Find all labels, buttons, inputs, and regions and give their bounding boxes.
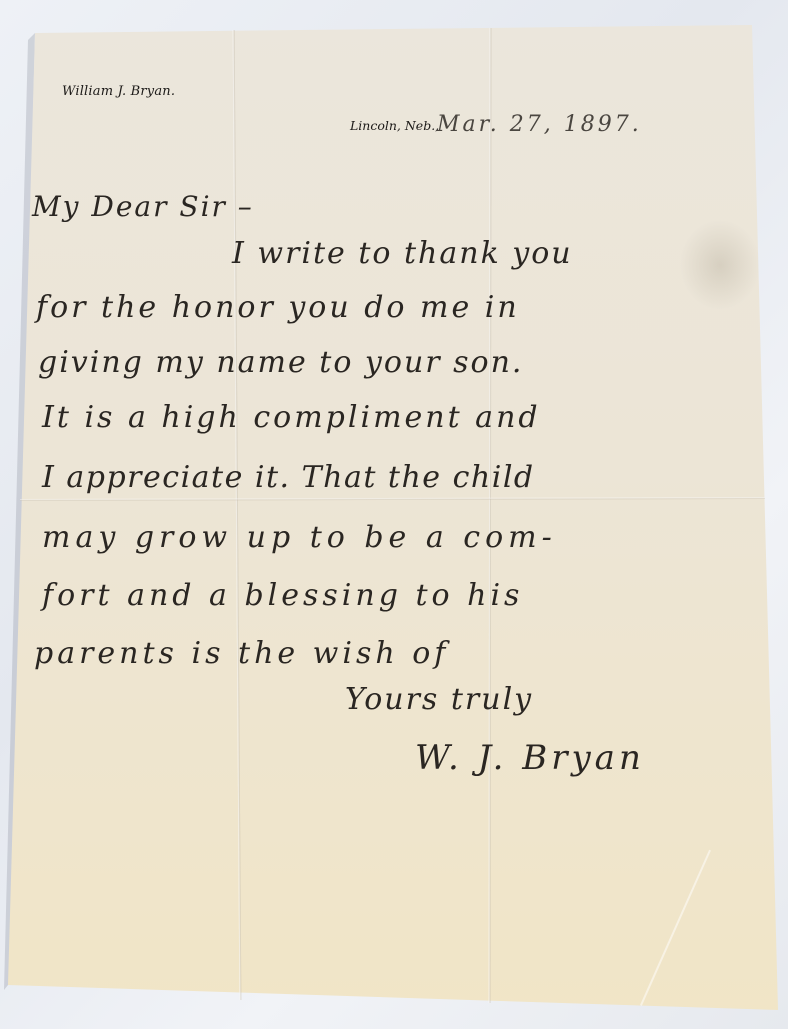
- body-line-2: for the honor you do me in: [36, 290, 520, 325]
- body-line-7: fort and a blessing to his: [42, 578, 523, 613]
- body-line-3: giving my name to your son.: [38, 345, 523, 380]
- paper-stain: [680, 220, 760, 310]
- body-line-6: may grow up to be a com-: [42, 520, 557, 555]
- body-line-4: It is a high compliment and: [42, 400, 541, 435]
- letterhead-name: William J. Bryan.: [62, 84, 175, 99]
- signature: W. J. Bryan: [415, 738, 645, 778]
- body-line-8: parents is the wish of: [34, 636, 449, 671]
- body-line-1: I write to thank you: [232, 236, 573, 271]
- closing: Yours truly: [345, 682, 533, 717]
- body-line-5: I appreciate it. That the child: [42, 460, 535, 495]
- letter-date: Mar. 27, 1897.: [437, 112, 642, 137]
- letterhead-place: Lincoln, Neb.,: [350, 118, 439, 133]
- salutation: My Dear Sir –: [32, 190, 254, 223]
- letter-paper: [0, 0, 788, 1029]
